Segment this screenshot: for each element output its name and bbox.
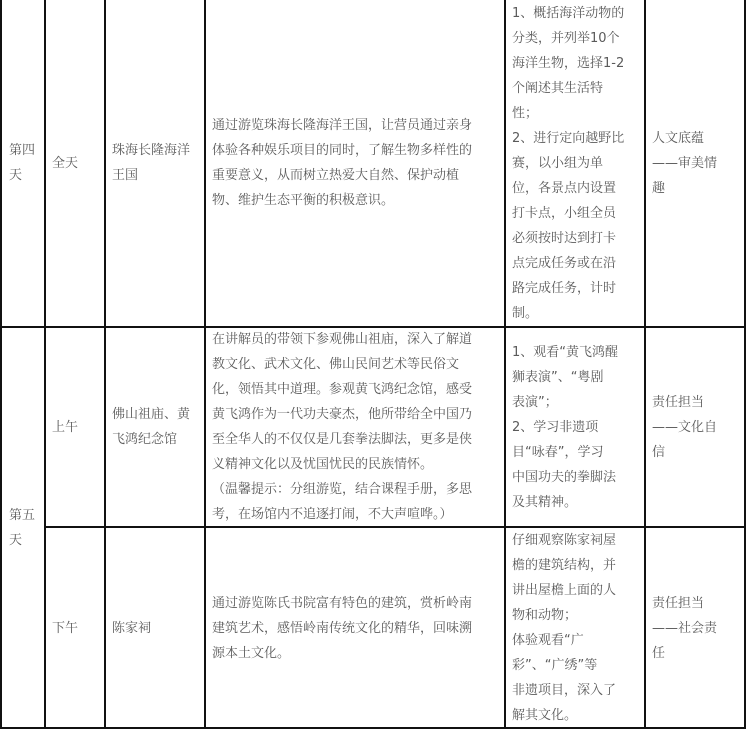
location-label: 陈家祠 [112,616,151,641]
table-border [0,326,746,328]
table-border [644,0,646,729]
description-text: 通过游览陈氏书院富有特色的建筑，赏析岭南 建筑艺术，感悟岭南传统文化的精华，回味… [212,591,472,666]
literacy-cell: 责任担当 ——社会责 任 [646,528,744,728]
location-cell: 陈家祠 [106,528,204,728]
tasks-text: 仔细观察陈家祠屋 檐的建筑结构，并 讲出屋檐上面的人 物和动物； 体验观看“广 … [512,528,616,728]
location-label: 珠海长隆海洋 王国 [112,138,190,188]
period-cell: 下午 [46,528,104,728]
description-cell: 通过游览陈氏书院富有特色的建筑，赏析岭南 建筑艺术，感悟岭南传统文化的精华，回味… [206,528,504,728]
day-label: 第五 天 [9,503,35,553]
tasks-text: 1、概括海洋动物的 分类，并列举10个 海洋生物，选择1-2 个阐述其生活特 性… [512,1,624,326]
day-cell: 第五 天 [2,328,44,728]
table-border [44,526,746,528]
tasks-cell: 仔细观察陈家祠屋 檐的建筑结构，并 讲出屋檐上面的人 物和动物； 体验观看“广 … [506,528,644,728]
table-border [0,0,2,729]
table-border [44,0,46,729]
location-cell: 佛山祖庙、黄 飞鸿纪念馆 [106,328,204,526]
day-cell: 第四 天 [2,0,44,326]
table-border [204,0,206,729]
period-cell: 上午 [46,328,104,526]
literacy-text: 责任担当 ——文化自 信 [652,390,717,465]
table-border [504,0,506,729]
period-label: 下午 [52,616,78,641]
period-label: 上午 [52,415,78,440]
location-cell: 珠海长隆海洋 王国 [106,0,204,326]
literacy-cell: 人文底蕴 ——审美情 趣 [646,0,744,326]
day-label: 第四 天 [9,138,35,188]
tasks-cell: 1、概括海洋动物的 分类，并列举10个 海洋生物，选择1-2 个阐述其生活特 性… [506,0,644,326]
table-border [104,0,106,729]
literacy-cell: 责任担当 ——文化自 信 [646,328,744,526]
period-cell: 全天 [46,0,104,326]
literacy-text: 责任担当 ——社会责 任 [652,591,717,666]
tasks-cell: 1、观看“黄飞鸿醒 狮表演”、“粤剧 表演”； 2、学习非遗项 目“咏春”，学习… [506,328,644,526]
location-label: 佛山祖庙、黄 飞鸿纪念馆 [112,402,190,452]
tasks-text: 1、观看“黄飞鸿醒 狮表演”、“粤剧 表演”； 2、学习非遗项 目“咏春”，学习… [512,340,618,515]
description-cell: 在讲解员的带领下参观佛山祖庙，深入了解道 教文化、武术文化、佛山民间艺术等民俗文… [206,328,504,526]
description-text: 在讲解员的带领下参观佛山祖庙，深入了解道 教文化、武术文化、佛山民间艺术等民俗文… [212,327,472,527]
description-cell: 通过游览珠海长隆海洋王国，让营员通过亲身 体验各种娱乐项目的同时，了解生物多样性… [206,0,504,326]
description-text: 通过游览珠海长隆海洋王国，让营员通过亲身 体验各种娱乐项目的同时，了解生物多样性… [212,113,472,213]
period-label: 全天 [52,151,78,176]
literacy-text: 人文底蕴 ——审美情 趣 [652,126,717,201]
